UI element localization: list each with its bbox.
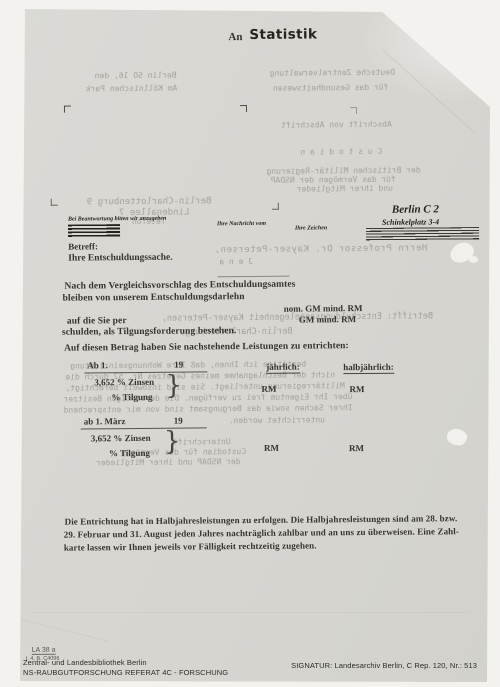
redaction-bars-left [68,224,120,237]
repayment-label-1: % Tilgung [111,392,152,402]
table-row1-prefix: Ab 1. [87,360,108,370]
col-yearly: jährlich: [266,362,300,374]
footer-department: NS-RAUBGUTFORSCHUNG REFERAT 4C - FORSCHU… [23,668,228,677]
address-window-corner-br [272,203,279,210]
letterhead-your-message-label: Ihre Nachricht vom [217,221,266,227]
address-window-corner-tl [64,106,71,113]
front-layer: An Statistik Bei Beantwortung bitten wir… [0,0,500,687]
brace-1: } [165,373,182,399]
letterhead-your-ref-label: Ihre Zeichen [295,225,327,231]
closing-line-1: Die Entrichtung hat in Halbjahresleistun… [65,513,458,526]
currency-rm-4: RM [349,443,364,453]
table-row2-rule [81,427,207,429]
brace-2: } [164,429,181,455]
letterhead-street: Schinkelplatz 3-4 [382,217,439,226]
closing-line-2: 29. Februar und 31. August jeden Jahres … [64,526,459,539]
subject-value: Ihre Entschuldungssache. [68,253,172,264]
per-line: auf die Sie per [67,316,127,327]
currency-rm-3: RM [264,443,279,453]
table-row2-prefix: ab 1. März [84,416,126,426]
col-halfyearly: halbjährlich: [343,362,394,374]
amount-bottom: GM mind. RM [299,314,356,324]
table-row1-rule [84,371,207,373]
footer-signature: SIGNATUR: Landesarchiv Berlin, C Rep. 12… [291,661,477,670]
form-number-stamp: LA 38 a [32,647,56,655]
address-window-corner-tr [240,105,247,112]
table-row1-year: 19 [174,360,183,370]
currency-rm-2: RM [349,384,364,394]
currency-rm-1: RM [261,384,276,394]
closing-line-3: karte lassen wir Ihnen jeweils vor Fälli… [64,540,317,552]
subject-label: Betreff: [68,241,98,251]
page-title: Statistik [249,26,317,43]
footer-library-name: Zentral- und Landesbibliothek Berlin [23,658,147,667]
redaction-bars-right [366,227,479,241]
interest-label-2: 3,652 % Zinsen [91,433,151,444]
para1-line1: Nach dem Vergleichsvorschlag des Entschu… [64,280,295,292]
interest-label-1: 3,652 % Zinsen [94,377,154,388]
damage-spot-1b [469,256,478,263]
letterhead-reply-hint: Bei Beantwortung bitten wir anzugeben [68,216,166,223]
debt-line: schulden, als Tilgungsforderung bestehen… [62,326,237,338]
letterhead-city: Berlin C 2 [392,203,439,215]
payments-intro: Auf diesen Betrag haben Sie nachstehende… [64,341,349,353]
subject-rule [217,276,289,278]
scanned-document: Berlin SO 16, den Am Köllnischen Park De… [0,0,500,687]
table-row2-year: 19 [174,416,183,426]
address-window-corner-bl [51,199,58,206]
para1-line2: bleiben von unserem Entschuldungsdarlehn [63,292,245,304]
amount-top: nom. GM mind. RM [284,303,363,314]
heading-prefix: An [228,31,242,43]
repayment-label-2: % Tilgung [109,448,150,458]
